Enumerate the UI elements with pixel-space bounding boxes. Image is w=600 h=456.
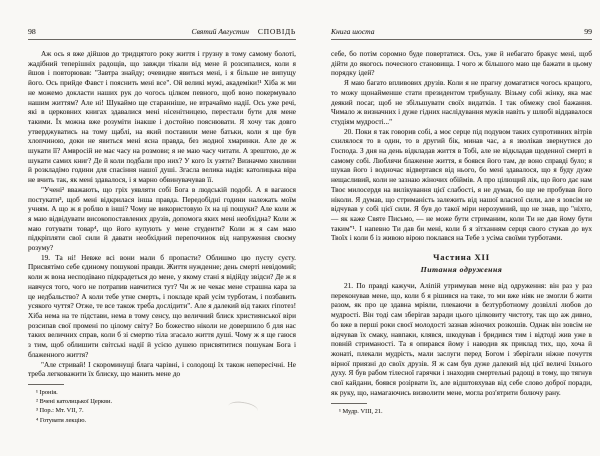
running-head-author: Святий Августин <box>192 27 249 36</box>
running-head-chapter: Книга шоста <box>331 27 375 36</box>
paragraph: 21. По правді кажучи, Аліпій утримував м… <box>331 281 592 397</box>
section-heading: Частина XII <box>331 252 592 262</box>
footnote: ² Вчені католицької Церкви. <box>28 397 296 406</box>
left-footnotes: ¹ Іронія. ² Вчені католицької Церкви. ³ … <box>28 384 296 425</box>
right-page: Книга шоста 99 себе, бо потім соромно бу… <box>331 27 592 416</box>
footnote: ¹ Мудр. VIII, 21. <box>331 407 592 416</box>
left-running-head: 98 Святий Августин СПОВІДЬ <box>28 27 296 40</box>
right-footnotes: ¹ Мудр. VIII, 21. <box>331 403 592 416</box>
paragraph: "Але стривай! І скороминущі блага чарівн… <box>28 360 296 379</box>
footnote-divider <box>28 384 64 385</box>
paragraph: себе, бо потім соромно буде повертатися.… <box>331 49 592 78</box>
paragraph: 20. Поки я так говорив собі, а моє серце… <box>331 127 592 243</box>
running-head-book-title: СПОВІДЬ <box>258 27 296 36</box>
paragraph: "Учені² вважають, що гріх уявляти собі Б… <box>28 185 296 253</box>
footnote: ⁴ Готувати лекцію. <box>28 416 296 425</box>
right-page-number: 99 <box>584 27 592 36</box>
book-scan: 98 Святий Августин СПОВІДЬ Аж ось я вже … <box>0 0 600 456</box>
paragraph: Я маю багато впливових друзів. Коли я не… <box>331 78 592 127</box>
footnote-divider <box>331 403 367 404</box>
left-running-head-right: Святий Августин СПОВІДЬ <box>192 27 296 36</box>
left-page: 98 Святий Августин СПОВІДЬ Аж ось я вже … <box>28 27 296 425</box>
paragraph: 19. Та ні! Невже всі вони мали б пропаст… <box>28 253 296 360</box>
footnote: ¹ Іронія. <box>28 388 296 397</box>
paragraph: Аж ось я вже дійшов до тридцятого року ж… <box>28 49 296 185</box>
right-running-head: Книга шоста 99 <box>331 27 592 40</box>
section-subheading: Питання одруження <box>331 265 592 274</box>
left-page-number: 98 <box>28 27 36 36</box>
